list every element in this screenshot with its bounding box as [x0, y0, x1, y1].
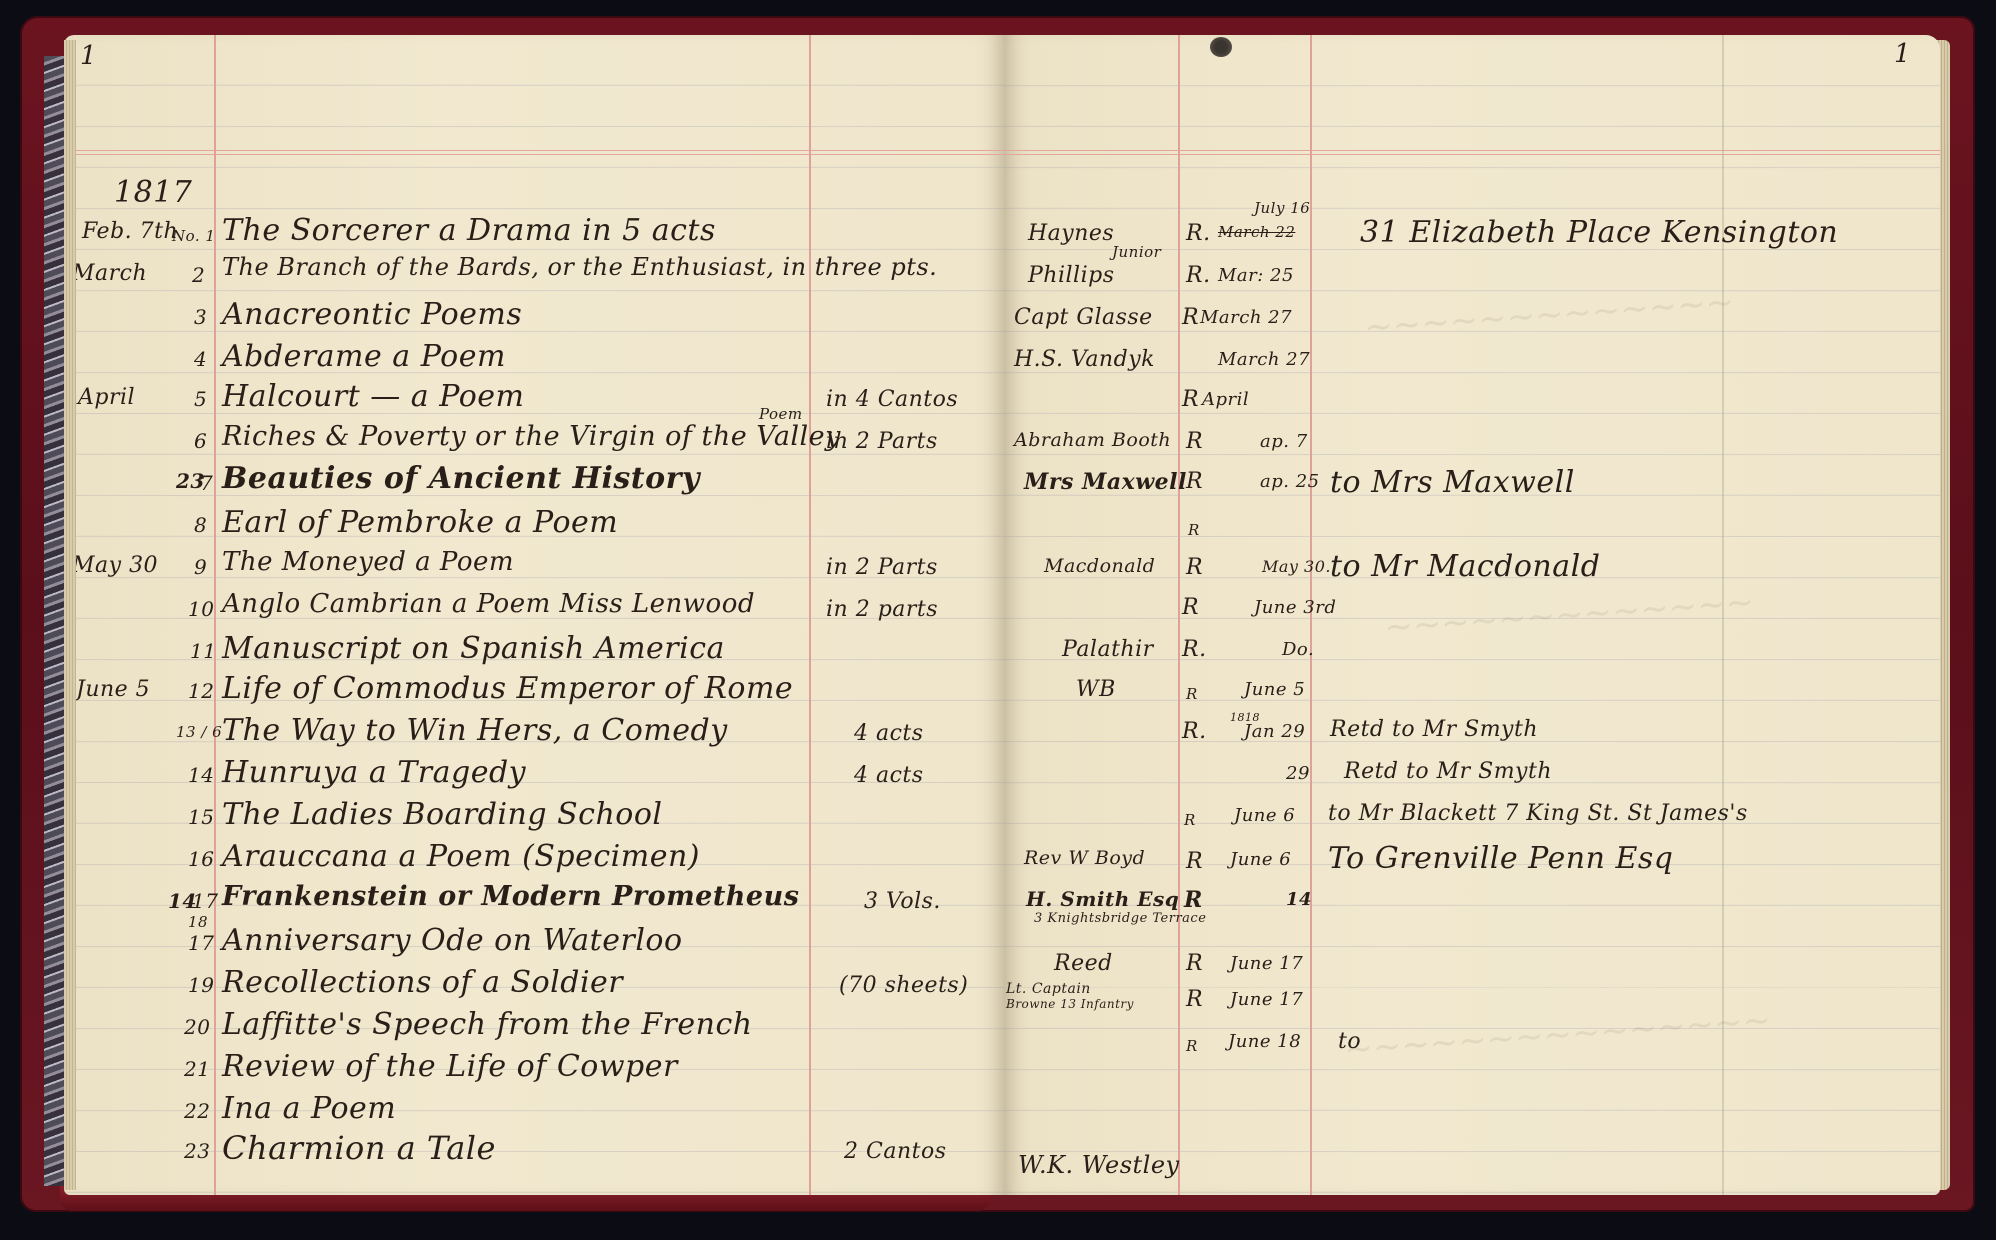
entry-number: 10 [188, 597, 214, 621]
entry-mark: R [1186, 849, 1203, 874]
note-column-rule [809, 35, 811, 1195]
entry-title: Life of Commodus Emperor of Rome [222, 671, 793, 706]
entry-number: 16 [188, 847, 214, 871]
entry-note: 2 Cantos [844, 1139, 946, 1164]
entry-number: No. 1 [172, 227, 215, 245]
entry-author: Capt Glasse [1014, 305, 1153, 330]
entry-author: Macdonald [1044, 555, 1155, 577]
entry-remark: to [1338, 1029, 1361, 1054]
entry-date: June 3rd [1254, 597, 1336, 618]
entry-author: Abraham Booth [1014, 429, 1171, 451]
entry-number: 12 [188, 679, 214, 703]
entry-title: Laffitte's Speech from the French [222, 1007, 753, 1042]
entry-title: Ina a Poem [222, 1091, 396, 1126]
entry-title: Anacreontic Poems [222, 297, 522, 332]
entry-author: WB [1076, 677, 1116, 702]
entry-title: Beauties of Ancient History [222, 461, 700, 496]
entry-number: 19 [188, 973, 214, 997]
entry-date: Jan 29 [1244, 721, 1305, 742]
entry-date: June 17 [1230, 953, 1303, 974]
entry-title: The Branch of the Bards, or the Enthusia… [222, 253, 937, 281]
entry-title: Halcourt — a Poem [222, 379, 524, 414]
entry-date: 29 [1286, 763, 1310, 784]
entry-date: June 18 [1228, 1031, 1301, 1052]
entry-mark: R. [1182, 637, 1207, 662]
entry-number: 13 / 6 [176, 723, 222, 741]
entry-mark: R [1182, 595, 1199, 620]
entry-title: Anglo Cambrian a Poem Miss Lenwood [222, 589, 755, 619]
entry-author: Lt. Captain [1006, 981, 1091, 997]
entry-note: 3 Vols. [864, 889, 941, 914]
entry-mark: R [1186, 555, 1203, 580]
entry-date: June 5 [1244, 679, 1305, 700]
entry-mark: R [1186, 469, 1203, 494]
entry-date-struck: March 22 [1218, 223, 1295, 241]
entry-date: March 27 [1218, 349, 1310, 370]
entry-date: July 16 [1254, 199, 1310, 217]
entry-mark: R [1186, 951, 1203, 976]
entry-title: Review of the Life of Cowper [222, 1049, 678, 1084]
entry-number: 7 [200, 471, 213, 495]
entry-author: Reed [1054, 951, 1113, 976]
entry-superscript: Poem [759, 405, 803, 423]
entry-mark: R [1186, 429, 1203, 454]
header-double-rule [64, 150, 1004, 155]
entry-author: H. Smith Esq [1026, 887, 1179, 911]
entry-month: March [72, 261, 147, 286]
entry-superscript-number: 18 [188, 913, 208, 931]
entry-title: Abderame a Poem [222, 339, 506, 374]
entry-author-note: Junior [1112, 243, 1161, 261]
entry-number: 23 [184, 1139, 210, 1163]
entry-date: May 30. [1262, 557, 1331, 576]
entry-number: 21 [184, 1057, 210, 1081]
entry-remark: Retd to Mr Smyth [1330, 717, 1538, 742]
entry-remark: to Mr Macdonald [1330, 549, 1600, 584]
entry-mark: R [1184, 811, 1196, 829]
entry-mark: R [1186, 685, 1198, 703]
entry-mark: R [1188, 521, 1200, 539]
entry-remark: to Mrs Maxwell [1330, 465, 1575, 500]
page-number: 1 [80, 41, 97, 71]
entry-date: June 6 [1234, 805, 1295, 826]
right-page: ~~~~~~~~~~~~~ ~~~~~~~~~~~~~ ~~~~~~~~~~~~… [1004, 35, 1940, 1195]
entry-remark: 31 Elizabeth Place Kensington [1360, 215, 1838, 250]
entry-date: Mar: 25 [1218, 265, 1294, 286]
entry-note: in 2 Parts [826, 429, 938, 454]
entry-number: 17 [188, 931, 214, 955]
entry-number: 2 [192, 263, 205, 287]
entry-date: ap. 7 [1260, 431, 1308, 452]
entry-mark: R [1186, 987, 1203, 1012]
entry-title: The Moneyed a Poem [222, 547, 514, 577]
entry-note: in 4 Cantos [826, 387, 958, 412]
entry-mark: R [1186, 1037, 1198, 1055]
entry-number: 8 [194, 513, 207, 537]
entry-note: (70 sheets) [839, 973, 968, 998]
entry-date: March 27 [1200, 307, 1292, 328]
entry-title: Anniversary Ode on Waterloo [222, 923, 683, 958]
entry-author-note: 3 Knightsbridge Terrace [1034, 911, 1206, 926]
entry-remark: to Mr Blackett 7 King St. St James's [1328, 801, 1748, 826]
entry-month: April [78, 385, 135, 410]
entry-number: 3 [194, 305, 207, 329]
page-number: 1 [1894, 39, 1911, 69]
entry-number: 6 [194, 429, 207, 453]
entry-month: May 30 [72, 553, 158, 578]
entry-mark: R. [1186, 221, 1211, 246]
entry-author: W.K. Westley [1018, 1151, 1180, 1179]
entry-number: 11 [190, 639, 216, 663]
entry-author: Haynes [1028, 221, 1114, 246]
entry-title: Arauccana a Poem (Specimen) [222, 839, 700, 874]
entry-date: 14 [1286, 889, 1312, 910]
entry-title: The Ladies Boarding School [222, 797, 663, 832]
entry-date: ap. 25 [1260, 471, 1320, 492]
entry-mark: R [1184, 887, 1203, 913]
entry-number: 15 [188, 805, 214, 829]
entry-number: 17 [192, 889, 218, 913]
entry-note: in 2 Parts [826, 555, 938, 580]
entry-author: Mrs Maxwell [1024, 469, 1187, 495]
header-double-rule [1004, 150, 1940, 155]
entry-title: Hunruya a Tragedy [222, 755, 526, 790]
entry-author: H.S. Vandyk [1014, 347, 1155, 372]
entry-date: April [1202, 389, 1249, 410]
entry-date: Do. [1282, 639, 1314, 660]
entry-number: 20 [184, 1015, 210, 1039]
entry-number: 9 [194, 555, 207, 579]
ink-blot [1210, 37, 1232, 57]
entry-mark: R [1182, 305, 1199, 330]
entry-note: 4 acts [854, 721, 924, 746]
entry-number: 4 [194, 347, 207, 371]
entry-remark: Retd to Mr Smyth [1344, 759, 1552, 784]
entry-author: Phillips [1028, 263, 1115, 288]
entry-author: Rev W Boyd [1024, 847, 1145, 869]
mark-column-rule [1178, 35, 1180, 1195]
entry-author-note: Browne 13 Infantry [1006, 997, 1134, 1011]
entry-title: Charmion a Tale [222, 1129, 496, 1167]
entry-number: 14 [188, 763, 214, 787]
entry-month: Feb. 7th [82, 219, 178, 244]
entry-note: in 2 parts [826, 597, 938, 622]
entry-title: Frankenstein or Modern Prometheus [222, 881, 799, 912]
entry-title: Recollections of a Soldier [222, 965, 623, 1000]
entry-date: June 6 [1230, 849, 1291, 870]
entry-mark: R. [1182, 719, 1207, 744]
entry-title: Riches & Poverty or the Virgin of the Va… [222, 421, 841, 452]
entry-remark: To Grenville Penn Esq [1328, 841, 1673, 876]
page-block-edge-left [64, 40, 76, 1190]
entry-title: The Sorcerer a Drama in 5 acts [222, 213, 716, 248]
entry-mark: R. [1186, 263, 1211, 288]
entry-author: Palathir [1062, 637, 1154, 662]
year-heading: 1817 [114, 175, 192, 210]
entry-number: 22 [184, 1099, 210, 1123]
left-page: 1 1817 Feb. 7th No. 1 The Sorcerer a Dra… [64, 35, 1004, 1195]
entry-mark: R [1182, 387, 1199, 412]
entry-title: Manuscript on Spanish America [222, 631, 725, 666]
entry-note: 4 acts [854, 763, 924, 788]
entry-title: Earl of Pembroke a Poem [222, 505, 618, 540]
marbled-endpaper [44, 56, 64, 1186]
entry-title: The Way to Win Hers, a Comedy [222, 713, 728, 748]
entry-month: June 5 [76, 677, 150, 702]
entry-number: 5 [194, 387, 207, 411]
entry-date: June 17 [1230, 989, 1303, 1010]
